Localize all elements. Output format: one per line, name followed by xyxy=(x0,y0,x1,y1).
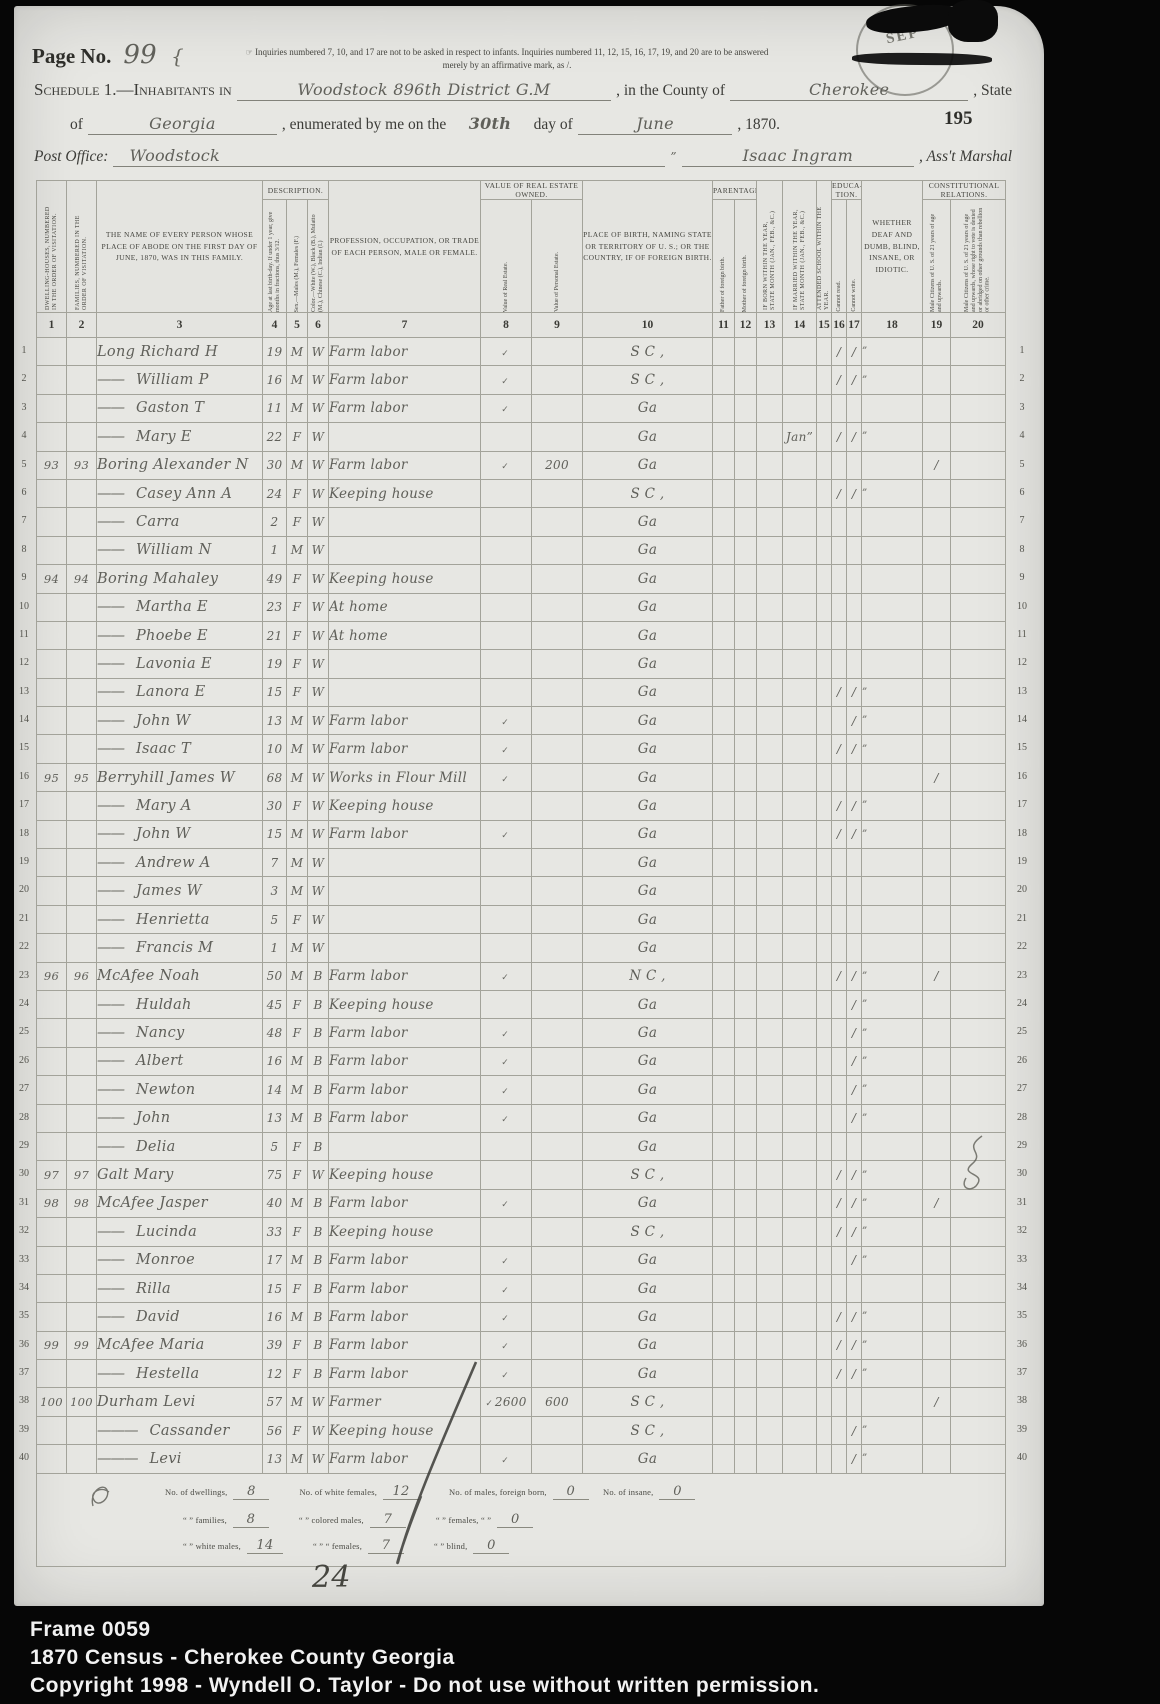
cell-school xyxy=(817,1047,832,1075)
cell-born-month xyxy=(757,1246,783,1274)
cell-dwelling-number xyxy=(37,650,67,678)
cell-cannot-write: / xyxy=(847,366,862,394)
cell-deaf-dumb: ” xyxy=(862,479,923,507)
cell-deaf-dumb: ” xyxy=(862,1047,923,1075)
cell-color: B xyxy=(308,1189,329,1217)
cell-sex: F xyxy=(287,621,308,649)
of-label: of xyxy=(70,116,83,134)
cell-sex: F xyxy=(287,565,308,593)
cell-color: B xyxy=(308,1303,329,1331)
line-number: 4 xyxy=(1014,422,1030,450)
person-name: Rilla xyxy=(136,1281,171,1297)
group-description: Description. xyxy=(263,181,329,200)
cell-birthplace: Ga xyxy=(583,593,713,621)
cell-name: ——Mary E xyxy=(97,423,263,451)
ditto-dash: —— xyxy=(97,542,124,558)
table-row: ——John 13 M B Farm labor ✓ Ga xyxy=(37,1104,1006,1132)
cell-mother-foreign xyxy=(735,650,757,678)
cell-cannot-read xyxy=(832,1076,847,1104)
cell-deaf-dumb xyxy=(862,621,923,649)
cell-personal-estate xyxy=(532,1047,583,1075)
ink-blob xyxy=(948,0,998,42)
cell-cannot-write: / xyxy=(847,820,862,848)
cell-birthplace: Ga xyxy=(583,707,713,735)
line-number: 40 xyxy=(16,1444,32,1472)
cell-birthplace: Ga xyxy=(583,1076,713,1104)
cell-mother-foreign xyxy=(735,366,757,394)
cell-age: 3 xyxy=(263,877,287,905)
cell-mother-foreign xyxy=(735,792,757,820)
line-number: 40 xyxy=(1014,1444,1030,1472)
cell-personal-estate xyxy=(532,650,583,678)
line-number: 3 xyxy=(1014,394,1030,422)
cell-age: 15 xyxy=(263,820,287,848)
cell-age: 50 xyxy=(263,962,287,990)
cell-born-month xyxy=(757,536,783,564)
table-row: ——Nancy 48 F B Farm labor ✓ Ga xyxy=(37,1019,1006,1047)
cell-vote-denied xyxy=(951,1360,1006,1388)
cell-cannot-read xyxy=(832,1104,847,1132)
cell-personal-estate xyxy=(532,508,583,536)
cell-occupation xyxy=(329,678,481,706)
line-number: 5 xyxy=(16,451,32,479)
cell-mother-foreign xyxy=(735,508,757,536)
cell-father-foreign xyxy=(713,1104,735,1132)
column-number: 3 xyxy=(97,313,263,338)
cell-color: W xyxy=(308,593,329,621)
cell-deaf-dumb: ” xyxy=(862,1218,923,1246)
line-number: 21 xyxy=(1014,905,1030,933)
line-number: 25 xyxy=(1014,1018,1030,1046)
ditto-dash: —— xyxy=(97,1139,124,1155)
cell-dwelling-number xyxy=(37,1246,67,1274)
line-number: 14 xyxy=(1014,706,1030,734)
schedule-line-1: Schedule 1.—Inhabitants in Woodstock 896… xyxy=(34,80,1012,101)
cell-school xyxy=(817,479,832,507)
line-number: 34 xyxy=(16,1274,32,1302)
group-parentage: Parentage. xyxy=(713,181,757,200)
cell-name: ——John xyxy=(97,1104,263,1132)
cell-birthplace: Ga xyxy=(583,934,713,962)
cell-color: W xyxy=(308,536,329,564)
cell-birthplace: Ga xyxy=(583,678,713,706)
cell-vote-denied xyxy=(951,621,1006,649)
cell-family-number: 97 xyxy=(67,1161,97,1189)
cell-father-foreign xyxy=(713,934,735,962)
line-number: 10 xyxy=(16,593,32,621)
line-number: 9 xyxy=(1014,564,1030,592)
cell-sex: M xyxy=(287,735,308,763)
cell-school xyxy=(817,1246,832,1274)
cell-name: ——Andrew A xyxy=(97,849,263,877)
cell-occupation: Farm labor xyxy=(329,1189,481,1217)
cell-real-estate: ✓ xyxy=(481,1246,532,1274)
cell-father-foreign xyxy=(713,707,735,735)
cell-mother-foreign xyxy=(735,1076,757,1104)
cell-cannot-read xyxy=(832,536,847,564)
cell-occupation xyxy=(329,877,481,905)
cell-male-citizen xyxy=(923,565,951,593)
line-number: 2 xyxy=(1014,365,1030,393)
cell-name: ——William P xyxy=(97,366,263,394)
cell-birthplace: Ga xyxy=(583,650,713,678)
cell-personal-estate xyxy=(532,536,583,564)
cell-father-foreign xyxy=(713,338,735,366)
ditto-dash: —— xyxy=(97,1224,124,1240)
cell-cannot-read xyxy=(832,763,847,791)
cell-married-month xyxy=(783,763,817,791)
person-name: Monroe xyxy=(136,1252,195,1268)
ditto-dash: ——— xyxy=(97,1451,138,1467)
line-number: 6 xyxy=(16,479,32,507)
cell-male-citizen xyxy=(923,423,951,451)
person-name: Isaac T xyxy=(136,741,191,757)
state-suffix: , State xyxy=(973,82,1012,100)
frame-caption: Frame 0059 1870 Census - Cherokee County… xyxy=(30,1616,819,1700)
cell-family-number xyxy=(67,508,97,536)
cell-occupation: Farm labor xyxy=(329,820,481,848)
cell-deaf-dumb: ” xyxy=(862,1416,923,1444)
cell-dwelling-number xyxy=(37,536,67,564)
post-office-value: Woodstock xyxy=(129,146,220,165)
cell-family-number: 94 xyxy=(67,565,97,593)
sheet-number: 195 xyxy=(944,108,973,130)
cell-color: B xyxy=(308,1218,329,1246)
cell-deaf-dumb xyxy=(862,877,923,905)
cell-mother-foreign xyxy=(735,735,757,763)
cell-school xyxy=(817,423,832,451)
cell-father-foreign xyxy=(713,877,735,905)
cell-cannot-read: / xyxy=(832,423,847,451)
cell-married-month xyxy=(783,1132,817,1160)
paper-sheet: Page No. 99 { ☞ Inquiries numbered 7, 10… xyxy=(14,6,1044,1606)
cell-cannot-write: / xyxy=(847,423,862,451)
cell-personal-estate: 200 xyxy=(532,451,583,479)
tally-mark: ✓ xyxy=(501,973,509,983)
post-office-label: Post Office: xyxy=(34,148,108,166)
cell-personal-estate xyxy=(532,1019,583,1047)
cell-name: ——Albert xyxy=(97,1047,263,1075)
cell-born-month xyxy=(757,678,783,706)
cell-cannot-read: / xyxy=(832,1189,847,1217)
cell-father-foreign xyxy=(713,536,735,564)
caption-copyright: Copyright 1998 - Wyndell O. Taylor - Do … xyxy=(30,1672,819,1700)
cell-male-citizen: / xyxy=(923,451,951,479)
header-personal-estate: Value of Personal Estate. xyxy=(532,200,583,313)
cell-real-estate: ✓ xyxy=(481,338,532,366)
cell-cannot-read: / xyxy=(832,820,847,848)
cell-dwelling-number xyxy=(37,820,67,848)
cell-age: 24 xyxy=(263,479,287,507)
cell-birthplace: Ga xyxy=(583,536,713,564)
table-row: ——Rilla 15 F B Farm labor ✓ Ga xyxy=(37,1274,1006,1302)
cell-mother-foreign xyxy=(735,678,757,706)
cell-cannot-write: / xyxy=(847,1161,862,1189)
cell-married-month xyxy=(783,735,817,763)
line-number: 22 xyxy=(1014,933,1030,961)
cell-cannot-read xyxy=(832,707,847,735)
cell-sex: M xyxy=(287,1303,308,1331)
cell-age: 22 xyxy=(263,423,287,451)
cell-personal-estate xyxy=(532,1076,583,1104)
cell-family-number xyxy=(67,905,97,933)
cell-personal-estate xyxy=(532,1189,583,1217)
cell-birthplace: Ga xyxy=(583,1331,713,1359)
cell-birthplace: Ga xyxy=(583,820,713,848)
cell-family-number xyxy=(67,1360,97,1388)
header-occupation: Profession, Occupation, or Trade of each… xyxy=(329,181,481,313)
cell-personal-estate xyxy=(532,934,583,962)
cell-mother-foreign xyxy=(735,934,757,962)
cell-dwelling-number xyxy=(37,394,67,422)
cell-occupation: Farm labor xyxy=(329,338,481,366)
bottom-scribble: 24 xyxy=(312,1560,351,1595)
line-number: 36 xyxy=(16,1331,32,1359)
table-row: ——Carra 2 F W Ga xyxy=(37,508,1006,536)
cell-personal-estate xyxy=(532,990,583,1018)
cell-school xyxy=(817,678,832,706)
cell-mother-foreign xyxy=(735,621,757,649)
table-row: Long Richard H 19 M W Farm labor ✓ S C , xyxy=(37,338,1006,366)
cell-dwelling-number xyxy=(37,1047,67,1075)
cell-age: 30 xyxy=(263,451,287,479)
cell-cannot-read xyxy=(832,650,847,678)
person-name: Lavonia E xyxy=(136,656,212,672)
cell-school xyxy=(817,1076,832,1104)
cell-real-estate xyxy=(481,1161,532,1189)
cell-school xyxy=(817,338,832,366)
cell-birthplace: S C , xyxy=(583,1218,713,1246)
line-number: 15 xyxy=(16,734,32,762)
cell-birthplace: Ga xyxy=(583,1104,713,1132)
person-name: Durham Levi xyxy=(97,1394,196,1410)
person-name: Carra xyxy=(136,514,180,530)
cell-personal-estate xyxy=(532,905,583,933)
cell-name: McAfee Noah xyxy=(97,962,263,990)
cell-family-number xyxy=(67,338,97,366)
cell-color: W xyxy=(308,849,329,877)
line-number: 25 xyxy=(16,1018,32,1046)
cell-cannot-read xyxy=(832,934,847,962)
ditto-dash: —— xyxy=(97,1053,124,1069)
cell-deaf-dumb: ” xyxy=(862,820,923,848)
cell-occupation: Farm labor xyxy=(329,451,481,479)
cell-personal-estate xyxy=(532,792,583,820)
cell-vote-denied xyxy=(951,650,1006,678)
cell-male-citizen: / xyxy=(923,763,951,791)
column-number: 9 xyxy=(532,313,583,338)
group-constitutional: Constitutional Relations. xyxy=(923,181,1006,200)
cell-color: W xyxy=(308,1161,329,1189)
cell-school xyxy=(817,1161,832,1189)
cell-born-month xyxy=(757,849,783,877)
cell-cannot-read xyxy=(832,593,847,621)
cell-occupation: Farm labor xyxy=(329,1104,481,1132)
cell-vote-denied xyxy=(951,1274,1006,1302)
header-age: Age at last birth-day. If under 1 year, … xyxy=(263,200,287,313)
cell-real-estate: ✓ xyxy=(481,1076,532,1104)
cell-married-month xyxy=(783,962,817,990)
cell-mother-foreign xyxy=(735,1388,757,1416)
table-row: ——William P 16 M W Farm labor ✓ S C , xyxy=(37,366,1006,394)
cell-occupation xyxy=(329,905,481,933)
cell-father-foreign xyxy=(713,565,735,593)
cell-occupation: Farm labor xyxy=(329,1331,481,1359)
cell-married-month xyxy=(783,1388,817,1416)
line-number: 9 xyxy=(16,564,32,592)
cell-real-estate: ✓ xyxy=(481,1331,532,1359)
line-number: 39 xyxy=(16,1416,32,1444)
cell-father-foreign xyxy=(713,1218,735,1246)
group-value-owned: Value of Real Estate Owned. xyxy=(481,181,583,200)
cell-mother-foreign xyxy=(735,990,757,1018)
cell-occupation: Farm labor xyxy=(329,1019,481,1047)
cell-mother-foreign xyxy=(735,763,757,791)
header-cannot-write: Cannot write. xyxy=(847,200,862,313)
cell-personal-estate xyxy=(532,1416,583,1444)
month-value: June xyxy=(636,114,674,133)
cell-age: 40 xyxy=(263,1189,287,1217)
state-value: Georgia xyxy=(149,114,216,133)
line-number: 11 xyxy=(16,621,32,649)
cell-male-citizen xyxy=(923,1303,951,1331)
cell-cannot-write: / xyxy=(847,1246,862,1274)
cell-real-estate: ✓ xyxy=(481,707,532,735)
cell-family-number xyxy=(67,423,97,451)
cell-deaf-dumb xyxy=(862,508,923,536)
cell-sex: F xyxy=(287,1416,308,1444)
cell-dwelling-number xyxy=(37,707,67,735)
cell-married-month xyxy=(783,905,817,933)
table-row: ——Huldah 45 F B Keeping house Ga xyxy=(37,990,1006,1018)
cell-school xyxy=(817,1331,832,1359)
header-deaf-dumb: Whether deaf and dumb, blind, insane, or… xyxy=(862,181,923,313)
person-name: David xyxy=(136,1309,180,1325)
line-number: 14 xyxy=(16,706,32,734)
cell-school xyxy=(817,1445,832,1473)
line-number: 1 xyxy=(16,337,32,365)
cell-real-estate xyxy=(481,508,532,536)
cell-born-month xyxy=(757,990,783,1018)
cell-vote-denied xyxy=(951,593,1006,621)
cell-real-estate xyxy=(481,990,532,1018)
table-row: 100 100 Durham Levi 57 M W Farmer ✓2600 … xyxy=(37,1388,1006,1416)
line-number: 17 xyxy=(16,791,32,819)
cell-sex: F xyxy=(287,508,308,536)
cell-dwelling-number xyxy=(37,1019,67,1047)
cell-age: 13 xyxy=(263,1104,287,1132)
cell-father-foreign xyxy=(713,423,735,451)
cell-personal-estate xyxy=(532,338,583,366)
county-label: , in the County of xyxy=(616,82,725,100)
cell-personal-estate xyxy=(532,962,583,990)
cell-male-citizen xyxy=(923,650,951,678)
line-number: 13 xyxy=(16,678,32,706)
cell-married-month xyxy=(783,1445,817,1473)
cell-cannot-read xyxy=(832,1246,847,1274)
cell-personal-estate xyxy=(532,1303,583,1331)
cell-color: B xyxy=(308,1246,329,1274)
cell-father-foreign xyxy=(713,1416,735,1444)
cell-male-citizen xyxy=(923,1360,951,1388)
cell-family-number xyxy=(67,1445,97,1473)
cell-name: ——Lavonia E xyxy=(97,650,263,678)
line-number: 5 xyxy=(1014,451,1030,479)
cell-color: B xyxy=(308,962,329,990)
cell-school xyxy=(817,707,832,735)
line-number: 33 xyxy=(16,1246,32,1274)
line-number: 28 xyxy=(1014,1104,1030,1132)
column-number: 14 xyxy=(783,313,817,338)
cell-family-number xyxy=(67,394,97,422)
cell-personal-estate: 600 xyxy=(532,1388,583,1416)
cell-name: ——Casey Ann A xyxy=(97,479,263,507)
cell-birthplace: Ga xyxy=(583,565,713,593)
cell-cannot-read xyxy=(832,394,847,422)
cell-age: 68 xyxy=(263,763,287,791)
cell-sex: M xyxy=(287,763,308,791)
header-real-estate: Value of Real Estate. xyxy=(481,200,532,313)
cell-name: ——Gaston T xyxy=(97,394,263,422)
cell-dwelling-number xyxy=(37,1360,67,1388)
cell-birthplace: Ga xyxy=(583,1246,713,1274)
day-blank: 30th xyxy=(451,114,528,134)
cell-family-number xyxy=(67,650,97,678)
cell-male-citizen xyxy=(923,934,951,962)
cell-color: B xyxy=(308,1019,329,1047)
cell-vote-denied xyxy=(951,707,1006,735)
header-school: Attended school within the year. xyxy=(817,181,832,313)
line-number: 38 xyxy=(1014,1387,1030,1415)
cell-personal-estate xyxy=(532,707,583,735)
cell-father-foreign xyxy=(713,479,735,507)
cell-color: B xyxy=(308,1274,329,1302)
person-name: Andrew A xyxy=(136,855,211,871)
page-no-label: Page No. xyxy=(32,44,111,68)
cell-personal-estate xyxy=(532,1161,583,1189)
line-number: 32 xyxy=(1014,1217,1030,1245)
cell-married-month xyxy=(783,1218,817,1246)
cell-cannot-read: / xyxy=(832,1218,847,1246)
cell-cannot-write: / xyxy=(847,990,862,1018)
cell-birthplace: S C , xyxy=(583,1161,713,1189)
cell-dwelling-number: 96 xyxy=(37,962,67,990)
cell-born-month xyxy=(757,423,783,451)
person-name: Mary E xyxy=(136,429,192,445)
cell-family-number xyxy=(67,678,97,706)
table-row: ——Martha E 23 F W At home Ga xyxy=(37,593,1006,621)
tally-mark: ✓ xyxy=(501,349,509,359)
cell-male-citizen xyxy=(923,877,951,905)
tally-mark: ✓ xyxy=(501,1286,509,1296)
cell-father-foreign xyxy=(713,905,735,933)
cell-cannot-write xyxy=(847,621,862,649)
cell-born-month xyxy=(757,962,783,990)
cell-birthplace: Ga xyxy=(583,451,713,479)
cell-male-citizen xyxy=(923,1076,951,1104)
cell-real-estate: ✓ xyxy=(481,820,532,848)
line-number: 24 xyxy=(1014,990,1030,1018)
cell-deaf-dumb xyxy=(862,1274,923,1302)
cell-cannot-write: / xyxy=(847,1076,862,1104)
cell-mother-foreign xyxy=(735,962,757,990)
line-number: 27 xyxy=(16,1075,32,1103)
cell-age: 15 xyxy=(263,1274,287,1302)
ditto-dash: —— xyxy=(97,883,124,899)
table-row: ——Newton 14 M B Farm labor ✓ Ga xyxy=(37,1076,1006,1104)
cell-age: 57 xyxy=(263,1388,287,1416)
ditto-dash: —— xyxy=(97,1025,124,1041)
